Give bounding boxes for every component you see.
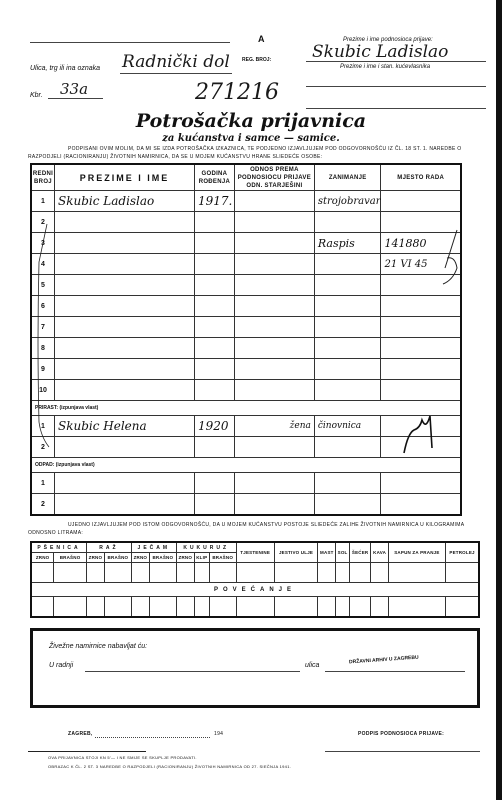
row-occupation[interactable]	[314, 380, 381, 401]
row-relation[interactable]	[234, 191, 314, 212]
table-row: 8	[31, 338, 461, 359]
row-name[interactable]	[54, 296, 194, 317]
col-birth-year: GODINA ROĐENJA	[194, 164, 234, 191]
cell[interactable]	[446, 597, 479, 618]
cell[interactable]	[131, 563, 149, 583]
cell[interactable]	[176, 563, 194, 583]
col-oil: JESTIVO ULJE	[274, 542, 318, 563]
cell[interactable]	[194, 597, 209, 618]
intro-text: PODPISANI OVIM MOLIM, DA MI SE IZDA POTR…	[28, 145, 483, 161]
cell[interactable]	[104, 563, 131, 583]
row-year[interactable]	[194, 254, 234, 275]
cell[interactable]	[86, 597, 104, 618]
cell[interactable]	[209, 597, 236, 618]
row-no: 1	[31, 473, 54, 494]
street-label: Ulica, trg ili ina oznaka	[30, 65, 100, 72]
year-suffix: 194	[214, 731, 223, 737]
row-no: 1	[31, 191, 54, 212]
owner-label: Prezime i ime i stan. kućevlasnika	[340, 64, 430, 70]
house-no-rule	[48, 98, 103, 99]
row-name[interactable]	[54, 275, 194, 296]
cell[interactable]	[176, 597, 194, 618]
row-workplace[interactable]	[381, 296, 461, 317]
col-wheat: PŠENICA	[31, 542, 86, 553]
row-name[interactable]	[54, 254, 194, 275]
increase-label: PRIRAST: (izpunjava vlast)	[31, 401, 461, 416]
cell[interactable]	[349, 563, 371, 583]
row-relation[interactable]	[234, 494, 314, 516]
table-row: 1Skubic Ladislao1917.strojobravar	[31, 191, 461, 212]
row-relation[interactable]	[234, 296, 314, 317]
sub-corn-flour: BRAŠNO	[209, 553, 236, 563]
col-pasta: TJESTENINE	[236, 542, 274, 563]
table-row: 2	[31, 212, 461, 233]
row-no: 2	[31, 494, 54, 516]
row-year[interactable]	[194, 296, 234, 317]
sub-rye-grain: ZRNO	[86, 553, 104, 563]
row-workplace[interactable]	[381, 191, 461, 212]
row-year[interactable]	[194, 338, 234, 359]
cell[interactable]	[131, 597, 149, 618]
row-year[interactable]	[194, 317, 234, 338]
cell[interactable]	[54, 597, 87, 618]
supplies-current-row	[31, 563, 479, 583]
row-occupation[interactable]: činovnica	[314, 416, 381, 437]
col-coffee: KAVA	[371, 542, 388, 563]
row-relation[interactable]	[234, 338, 314, 359]
decrease-label: ODPAD: (izpunjava vlast)	[31, 458, 461, 473]
shop-field[interactable]	[85, 671, 300, 672]
cell[interactable]	[104, 597, 131, 618]
cell[interactable]	[194, 563, 209, 583]
row-year[interactable]	[194, 275, 234, 296]
cell[interactable]	[274, 597, 318, 618]
row-name[interactable]	[54, 473, 194, 494]
row-year[interactable]	[194, 212, 234, 233]
cell[interactable]	[236, 597, 274, 618]
row-relation[interactable]	[234, 473, 314, 494]
annotation-scribble	[437, 228, 467, 288]
decrease-section-row: ODPAD: (izpunjava vlast)	[31, 458, 461, 473]
cell[interactable]	[318, 563, 336, 583]
reg-no-label: REG. BROJ:	[242, 57, 271, 63]
row-occupation[interactable]	[314, 338, 381, 359]
row-workplace[interactable]	[381, 317, 461, 338]
table-row: 1	[31, 473, 461, 494]
row-occupation[interactable]	[314, 317, 381, 338]
cell[interactable]	[336, 563, 349, 583]
supplies-intro: UJEDNO IZJAVLJUJEM POD ISTOM ODGOVORNOŠĆ…	[28, 521, 483, 537]
cell[interactable]	[274, 563, 318, 583]
persons-table: REDNI BROJ PREZIME I IME GODINA ROĐENJA …	[30, 163, 462, 516]
row-relation[interactable]	[234, 254, 314, 275]
row-year[interactable]	[194, 380, 234, 401]
form-subtitle: za kućanstva i samce — samice.	[0, 133, 502, 144]
shop-street-label: ulica	[305, 662, 319, 669]
cell[interactable]	[388, 563, 445, 583]
sub-wheat-flour: BRAŠNO	[54, 553, 87, 563]
sub-barley-grain: ZRNO	[131, 553, 149, 563]
row-name[interactable]	[54, 359, 194, 380]
owner-rule-1	[306, 86, 486, 87]
applicant-value: Skubic Ladislao	[312, 42, 448, 62]
date-field[interactable]	[95, 737, 210, 738]
house-no-value: 33a	[60, 80, 88, 98]
row-workplace[interactable]	[381, 494, 461, 516]
regulation-note: OBRAZAC K ČL. 2 ST. 3 NAREDBE O RAZPODJE…	[48, 764, 291, 769]
row-year[interactable]: 1920	[194, 416, 234, 437]
house-no-label: Kbr.	[30, 92, 43, 99]
sub-corn-cob: KLIP	[194, 553, 209, 563]
cell[interactable]	[388, 597, 445, 618]
table-row: 6	[31, 296, 461, 317]
col-salt: SOL	[336, 542, 349, 563]
row-workplace[interactable]	[381, 338, 461, 359]
row-occupation[interactable]	[314, 254, 381, 275]
signature-field[interactable]	[325, 751, 480, 752]
sub-rye-flour: BRAŠNO	[104, 553, 131, 563]
row-workplace[interactable]	[381, 473, 461, 494]
cell[interactable]	[318, 597, 336, 618]
table-row: 2	[31, 437, 461, 458]
table-row: 3Raspis141880	[31, 233, 461, 254]
signature-mark	[400, 408, 450, 458]
row-name[interactable]	[54, 338, 194, 359]
row-relation[interactable]	[234, 437, 314, 458]
col-relation: ODNOS PREMA PODNOSIOCU PRIJAVE ODN. STAR…	[234, 164, 314, 191]
row-occupation[interactable]	[314, 494, 381, 516]
owner-rule-2	[306, 108, 486, 109]
row-name[interactable]: Skubic Helena	[54, 416, 194, 437]
row-name[interactable]	[54, 233, 194, 254]
col-soap: SAPUN ZA PRANJE	[388, 542, 445, 563]
row-year[interactable]	[194, 473, 234, 494]
place-label: ZAGREB,	[68, 731, 93, 737]
increase-section-row: PRIRAST: (izpunjava vlast)	[31, 401, 461, 416]
row-relation[interactable]	[234, 212, 314, 233]
cell[interactable]	[149, 597, 176, 618]
supplies-increase-row	[31, 597, 479, 618]
table-row: 5	[31, 275, 461, 296]
row-occupation[interactable]	[314, 275, 381, 296]
cell[interactable]	[31, 597, 54, 618]
sub-barley-flour: BRAŠNO	[149, 553, 176, 563]
row-year[interactable]	[194, 233, 234, 254]
shop-label: U radnji	[49, 662, 73, 669]
col-sugar: ŠEĆER	[349, 542, 371, 563]
col-rye: RAŽ	[86, 542, 131, 553]
row-workplace[interactable]	[381, 380, 461, 401]
cell[interactable]	[336, 597, 349, 618]
cell[interactable]	[86, 563, 104, 583]
top-left-rule	[30, 42, 230, 43]
table-row: 421 VI 45	[31, 254, 461, 275]
row-name[interactable]	[54, 437, 194, 458]
table-row: 10	[31, 380, 461, 401]
row-relation[interactable]: žena	[234, 416, 314, 437]
row-relation[interactable]	[234, 359, 314, 380]
row-occupation[interactable]	[314, 473, 381, 494]
applicant-rule	[306, 61, 486, 62]
row-relation[interactable]	[234, 317, 314, 338]
row-occupation[interactable]	[314, 212, 381, 233]
sub-corn-grain: ZRNO	[176, 553, 194, 563]
shop-box-label: Živežne namirnice nabavljat ću:	[49, 643, 147, 650]
reg-no-value: 271216	[195, 80, 279, 105]
col-corn: KUKURUZ	[176, 542, 236, 553]
street-value: Radnički dol	[122, 52, 230, 72]
cell[interactable]	[31, 563, 54, 583]
row-name[interactable]: Skubic Ladislao	[54, 191, 194, 212]
supplies-table: PŠENICA RAŽ JEČAM KUKURUZ TJESTENINE JES…	[30, 541, 480, 618]
row-year[interactable]	[194, 359, 234, 380]
row-occupation[interactable]	[314, 296, 381, 317]
increase-label: POVEĆANJE	[31, 583, 479, 597]
footnote-rule	[28, 751, 146, 752]
cell[interactable]	[371, 597, 388, 618]
row-name[interactable]	[54, 212, 194, 233]
row-occupation[interactable]	[314, 437, 381, 458]
row-relation[interactable]	[234, 380, 314, 401]
col-occupation: ZANIMANJE	[314, 164, 381, 191]
margin-pen-stroke	[35, 222, 55, 452]
row-year[interactable]	[194, 494, 234, 516]
cell[interactable]	[209, 563, 236, 583]
row-occupation[interactable]: Raspis	[314, 233, 381, 254]
street-rule	[120, 73, 232, 74]
col-workplace: MJESTO RADA	[381, 164, 461, 191]
col-barley: JEČAM	[131, 542, 176, 553]
row-occupation[interactable]: strojobravar	[314, 191, 381, 212]
form-title: Potrošačka prijavnica	[0, 110, 502, 132]
sub-wheat-grain: ZRNO	[31, 553, 54, 563]
cell[interactable]	[371, 563, 388, 583]
shop-street-field[interactable]	[325, 671, 465, 672]
table-row: 7	[31, 317, 461, 338]
row-name[interactable]	[54, 494, 194, 516]
cell[interactable]	[446, 563, 479, 583]
row-name[interactable]	[54, 317, 194, 338]
col-lard: MAST	[318, 542, 336, 563]
cell[interactable]	[236, 563, 274, 583]
row-year[interactable]	[194, 437, 234, 458]
col-kerosene: PETROLEJ	[446, 542, 479, 563]
signature-label: PODPIS PODNOSIOCA PRIJAVE:	[358, 731, 444, 737]
row-workplace[interactable]	[381, 359, 461, 380]
row-relation[interactable]	[234, 275, 314, 296]
price-note: OVA PRIJAVNICA STOJI KN 5'— I NE SMIJE S…	[48, 755, 197, 760]
table-row: 2	[31, 494, 461, 516]
row-year[interactable]: 1917.	[194, 191, 234, 212]
table-row: 9	[31, 359, 461, 380]
col-no: REDNI BROJ	[31, 164, 54, 191]
row-relation[interactable]	[234, 233, 314, 254]
row-name[interactable]	[54, 380, 194, 401]
form-letter: A	[258, 34, 265, 44]
cell[interactable]	[349, 597, 371, 618]
table-row: 1Skubic Helena1920ženačinovnica	[31, 416, 461, 437]
cell[interactable]	[149, 563, 176, 583]
cell[interactable]	[54, 563, 87, 583]
row-occupation[interactable]	[314, 359, 381, 380]
shop-box: Živežne namirnice nabavljat ću: U radnji…	[30, 628, 480, 708]
archive-stamp: DRŽAVNI ARHIV U ZAGREBU	[349, 655, 419, 666]
persons-table-header: REDNI BROJ PREZIME I IME GODINA ROĐENJA …	[31, 164, 461, 191]
col-name: PREZIME I IME	[54, 164, 194, 191]
